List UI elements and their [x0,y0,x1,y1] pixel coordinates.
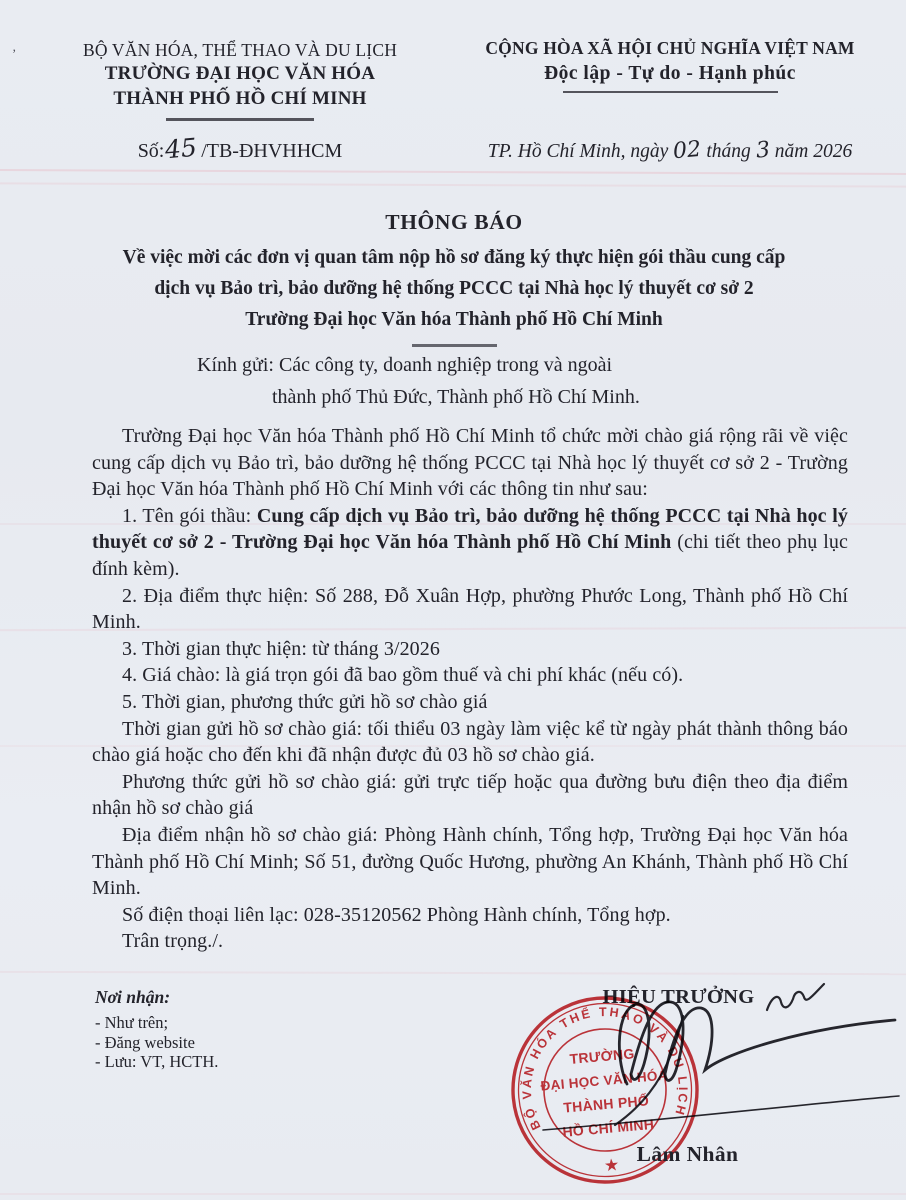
document-subtitle-line2: dịch vụ Bảo trì, bảo dưỡng hệ thống PCCC… [58,273,850,304]
letterhead-national: CỘNG HÒA XÃ HỘI CHỦ NGHĨA VIỆT NAM Độc l… [455,38,885,93]
signer-name: Lâm Nhân [595,1142,780,1167]
ministry-name: BỘ VĂN HÓA, THỂ THAO VÀ DU LỊCH [50,40,430,61]
university-name-line1: TRƯỜNG ĐẠI HỌC VĂN HÓA [50,61,430,86]
date-month-handwritten: 3 [755,137,771,163]
salutation: Kính gửi: Các công ty, doanh nghiệp tron… [92,349,832,413]
scan-speck: ’ [12,46,16,62]
item-5-submission: 5. Thời gian, phương thức gửi hồ sơ chào… [92,689,848,716]
title-rule [412,344,497,347]
date-line: TP. Hồ Chí Minh, ngày02tháng3năm 2026 [455,138,885,163]
submission-method-paragraph: Phương thức gửi hồ sơ chào giá: gửi trực… [92,769,848,822]
recipients-title: Nơi nhận: [95,987,395,1008]
contact-phone-paragraph: Số điện thoại liên lạc: 028-35120562 Phò… [92,902,848,929]
recipient-item: - Như trên; [95,1013,395,1033]
scan-artifact-line [0,1193,906,1195]
signature-loops [619,1002,895,1084]
recipient-item: - Đăng website [95,1033,395,1053]
submission-address-paragraph: Địa điểm nhận hồ sơ chào giá: Phòng Hành… [92,822,848,902]
national-motto-line2: Độc lập - Tự do - Hạnh phúc [455,63,885,85]
document-subtitle-line3: Trường Đại học Văn hóa Thành phố Hồ Chí … [58,304,850,335]
signature-underline [543,1096,899,1130]
scan-artifact-line [0,182,906,187]
date-day-handwritten: 02 [672,137,702,164]
letterhead-right-rule [563,91,778,93]
submission-time-paragraph: Thời gian gửi hồ sơ chào giá: tối thiểu … [92,716,848,769]
document-number: Số:45/TB-ĐHVHHCM [50,134,430,163]
date-year: năm 2026 [775,141,852,162]
recipient-item: - Lưu: VT, HCTH. [95,1052,395,1072]
date-place: TP. Hồ Chí Minh, ngày [488,141,669,162]
document-number-handwritten: 45 [164,133,198,165]
salutation-line1: Kính gửi: Các công ty, doanh nghiệp tron… [197,349,832,381]
scanned-document-page: ’ BỘ VĂN HÓA, THỂ THAO VÀ DU LỊCH TRƯỜNG… [0,0,906,1200]
document-title: THÔNG BÁO [58,210,850,235]
intro-paragraph: Trường Đại học Văn hóa Thành phố Hồ Chí … [92,423,848,503]
university-name-line2: THÀNH PHỐ HỒ CHÍ MINH [50,86,430,111]
closing-line: Trân trọng./. [92,928,848,955]
document-number-suffix: /TB-ĐHVHHCM [201,140,342,162]
signature-ink [515,972,906,1144]
item-1-label: 1. Tên gói thầu: [122,505,257,527]
date-month-label: tháng [706,141,750,162]
item-2-location: 2. Địa điểm thực hiện: Số 288, Đỗ Xuân H… [92,583,848,636]
national-motto-line1: CỘNG HÒA XÃ HỘI CHỦ NGHĨA VIỆT NAM [455,38,885,59]
item-4-price: 4. Giá chào: là giá trọn gói đã bao gồm … [92,662,848,689]
document-subtitle-line1: Về việc mời các đơn vị quan tâm nộp hồ s… [58,242,850,273]
salutation-line2: thành phố Thủ Đức, Thành phố Hồ Chí Minh… [272,381,832,413]
document-number-prefix: Số: [138,140,165,162]
scan-artifact-line [0,169,906,175]
letterhead-left-rule [166,118,314,121]
signature-flourish [767,984,824,1010]
document-body: Trường Đại học Văn hóa Thành phố Hồ Chí … [92,423,848,955]
item-3-timeframe: 3. Thời gian thực hiện: từ tháng 3/2026 [92,636,848,663]
item-1-package-name: 1. Tên gói thầu: Cung cấp dịch vụ Bảo tr… [92,503,848,583]
letterhead-issuer: BỘ VĂN HÓA, THỂ THAO VÀ DU LỊCH TRƯỜNG Đ… [50,40,430,121]
document-title-block: THÔNG BÁO Về việc mời các đơn vị quan tâ… [58,210,850,347]
recipients-block: Nơi nhận: - Như trên; - Đăng website - L… [95,987,395,1072]
